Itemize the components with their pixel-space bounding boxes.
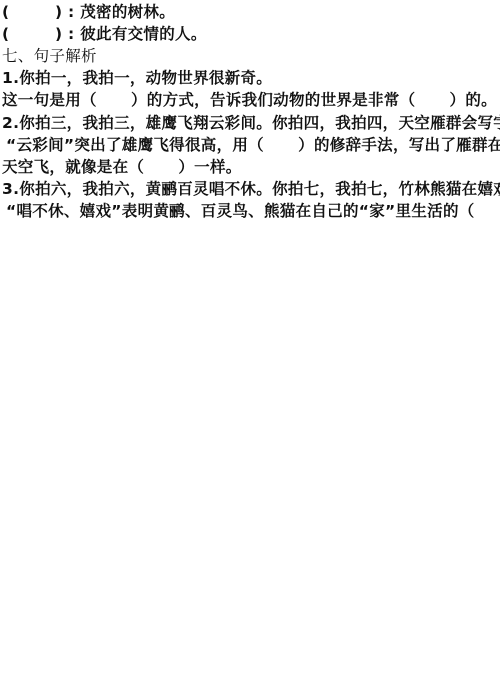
worksheet-page: ( ) : 茂密的树林。 ( ) : 彼此有交情的人。 七、句子解析 1.你拍一… (0, 0, 500, 692)
text-line: 3.你拍六，我拍六，黄鹂百灵唱不休。你拍七，我拍七，竹林熊猫在嬉戏。 (2, 179, 500, 199)
definition-line: ( ) : 彼此有交情的人。 (2, 24, 207, 44)
section-heading: 七、句子解析 (2, 46, 97, 66)
text-line: 这一句是用（ ）的方式，告诉我们动物的世界是非常（ ）的。 (2, 90, 497, 110)
definition-line: ( ) : 茂密的树林。 (2, 2, 175, 22)
text-line: 1.你拍一，我拍一，动物世界很新奇。 (2, 68, 272, 88)
text-line: 2.你拍三，我拍三，雄鹰飞翔云彩间。你拍四，我拍四，天空雁群会写字。 (2, 113, 500, 133)
text-line: 天空飞，就像是在（ ）一样。 (2, 157, 242, 177)
text-line: “云彩间”突出了雄鹰飞得很高，用（ ）的修辞手法，写出了雁群在 (6, 135, 500, 155)
text-line: “唱不休、嬉戏”表明黄鹂、百灵鸟、熊猫在自己的“家”里生活的（ ）， (6, 201, 500, 221)
